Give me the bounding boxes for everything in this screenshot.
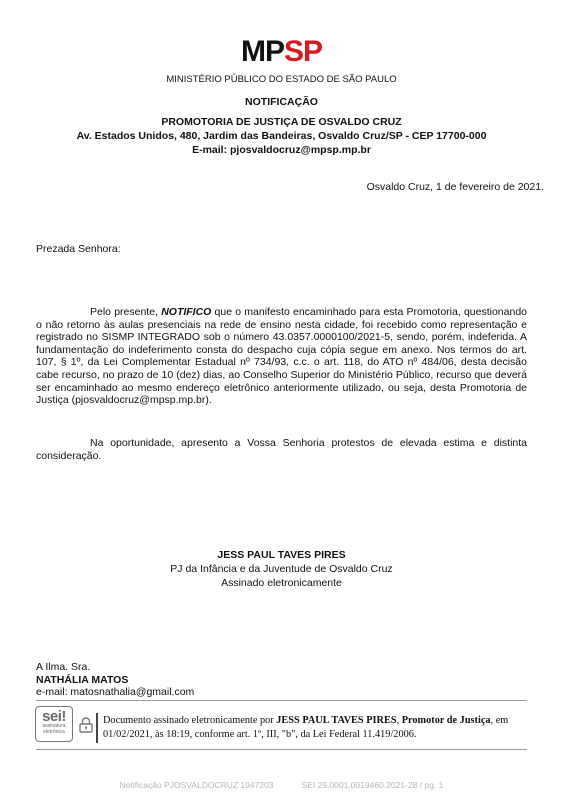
divider-bottom — [36, 749, 527, 750]
recipient-email: e-mail: matosnathalia@gmail.com — [36, 686, 194, 699]
recipient-name: NATHÁLIA MATOS — [36, 674, 194, 687]
signature-bar — [96, 713, 98, 743]
logo-sp: SP — [284, 35, 322, 68]
para2-text: Na oportunidade, apresento a Vossa Senho… — [36, 437, 527, 462]
signer-role: PJ da Infância e da Juventude de Osvaldo… — [0, 563, 563, 576]
sei-sub-2: eletrônica — [36, 730, 72, 736]
para1-lead: Pelo presente, — [90, 306, 161, 318]
office-name: PROMOTORIA DE JUSTIÇA DE OSVALDO CRUZ — [0, 116, 563, 129]
salutation: Prezada Senhora: — [36, 243, 121, 256]
notification-paragraph: Pelo presente, NOTIFICO que o manifesto … — [36, 306, 527, 407]
sei-logo: sei! — [36, 709, 72, 724]
lock-icon — [79, 717, 93, 733]
divider-top — [36, 700, 527, 701]
document-title: NOTIFICAÇÃO — [0, 96, 563, 109]
closing-paragraph: Na oportunidade, apresento a Vossa Senho… — [36, 437, 527, 462]
office-email: E-mail: pjosvaldocruz@mpsp.mp.br — [0, 144, 563, 157]
logo-mp: MP — [241, 35, 284, 68]
para1-rest: que o manifesto encaminhado para esta Pr… — [36, 306, 527, 406]
sei-signature-badge[interactable]: sei! assinatura eletrônica — [35, 706, 73, 742]
esig-pre: Documento assinado eletronicamente por — [103, 715, 276, 726]
recipient-title: A Ilma. Sra. — [36, 661, 194, 674]
signer-name: JESS PAUL TAVES PIRES — [0, 549, 563, 562]
office-address: Av. Estados Unidos, 480, Jardim das Band… — [0, 130, 563, 143]
notifico-emphasis: NOTIFICO — [161, 306, 211, 318]
footer-doc-id: Notificação PJOSVALDOCRUZ 1947203 — [120, 780, 274, 790]
footer-process-page: SEI 29.0001.0019460.2021-28 / pg. 1 — [302, 780, 444, 790]
mpsp-logo: MPSP — [0, 36, 563, 68]
electronic-signature-text: Documento assinado eletronicamente por J… — [103, 714, 523, 742]
date-line: Osvaldo Cruz, 1 de fevereiro de 2021. — [367, 181, 544, 194]
ministry-name: MINISTÉRIO PÚBLICO DO ESTADO DE SÃO PAUL… — [0, 74, 563, 86]
esig-role: Promotor de Justiça — [402, 715, 491, 726]
page-footer: Notificação PJOSVALDOCRUZ 1947203SEI 29.… — [0, 780, 563, 791]
signature-status: Assinado eletronicamente — [0, 577, 563, 590]
recipient-block: A Ilma. Sra. NATHÁLIA MATOS e-mail: mato… — [36, 661, 194, 699]
esig-signer: JESS PAUL TAVES PIRES — [276, 715, 396, 726]
